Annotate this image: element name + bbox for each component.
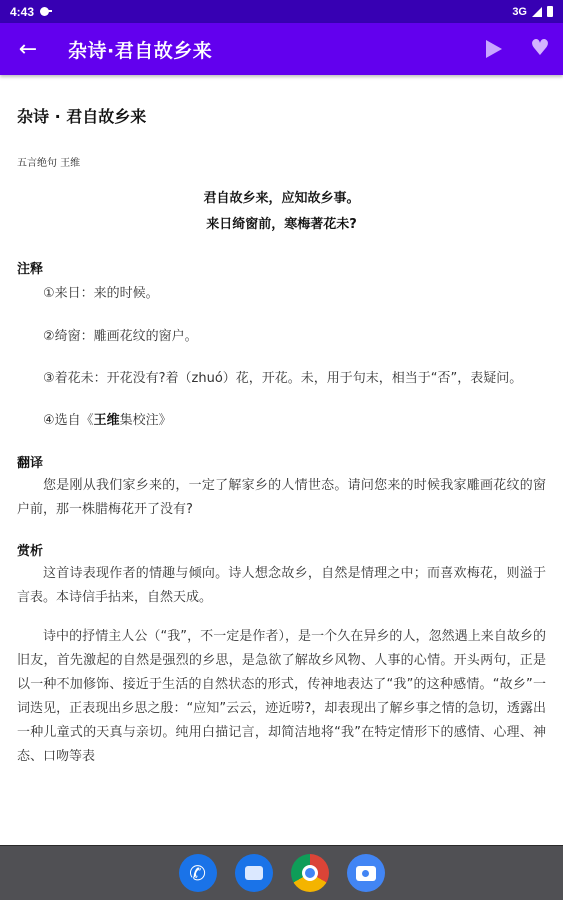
note-bold-text: 王维 [94,413,120,428]
phone-icon: ✆ [189,861,206,885]
battery-icon [547,6,553,17]
network-type: 3G [512,6,527,18]
status-bar: 4:43 3G [0,0,563,23]
back-button[interactable]: ← [0,23,56,75]
camera-lens-icon [362,870,369,877]
translation-text: 您是刚从我们家乡来的，一定了解家乡的人情世态。请问您来的时候我家雕画花纹的窗户前… [17,474,546,522]
play-icon [486,40,502,58]
signal-icon [532,7,542,17]
play-button[interactable] [471,23,517,75]
translation-heading: 翻译 [17,452,546,471]
poem-line: 君自故乡来，应知故乡事。 [17,186,546,212]
appreciation-heading: 赏析 [17,540,546,559]
notes-heading: 注释 [17,258,546,277]
chrome-icon [302,865,318,881]
notification-icon [40,7,52,16]
phone-app-button[interactable]: ✆ [179,854,217,892]
back-arrow-icon: ← [19,37,37,62]
note-item: ③着花未：开花没有?着（zhuó）花，开花。未，用于句末，相当于“否”，表疑问。 [17,367,546,390]
note-text: ④选自《 [43,413,94,428]
camera-app-button[interactable] [347,854,385,892]
poem-body: 君自故乡来，应知故乡事。 来日绮窗前，寒梅著花未? [17,186,546,238]
messages-app-button[interactable] [235,854,273,892]
status-indicators: 3G [512,6,553,18]
chrome-app-button[interactable] [291,854,329,892]
appreciation-paragraph: 这首诗表现作者的情趣与倾向。诗人想念故乡，自然是情理之中；而喜欢梅花，则溢于言表… [17,562,546,610]
message-icon [245,866,263,880]
page-title: 杂诗·君自故乡来 [68,36,212,63]
app-bar: ← 杂诗·君自故乡来 ♥ [0,23,563,75]
camera-icon [356,866,376,881]
appreciation-paragraph: 诗中的抒情主人公（“我”，不一定是作者），是一个久在异乡的人，忽然遇上来自故乡的… [17,625,546,769]
poem-meta: 五言绝句 王维 [17,154,546,169]
poem-content[interactable]: 杂诗 · 君自故乡来 五言绝句 王维 君自故乡来，应知故乡事。 来日绮窗前，寒梅… [0,75,563,845]
heart-icon: ♥ [530,38,550,60]
poem-line: 来日绮窗前，寒梅著花未? [17,212,546,238]
note-item: ①来日：来的时候。 [17,282,546,305]
note-item: ④选自《王维集校注》 [17,409,546,432]
note-item: ②绮窗：雕画花纹的窗户。 [17,325,546,348]
dock-bar: ✆ [0,845,563,900]
app-actions: ♥ [471,23,563,75]
note-text: 集校注》 [120,413,172,428]
poem-title: 杂诗 · 君自故乡来 [17,104,546,127]
status-time: 4:43 [10,5,34,19]
favorite-button[interactable]: ♥ [517,23,563,75]
